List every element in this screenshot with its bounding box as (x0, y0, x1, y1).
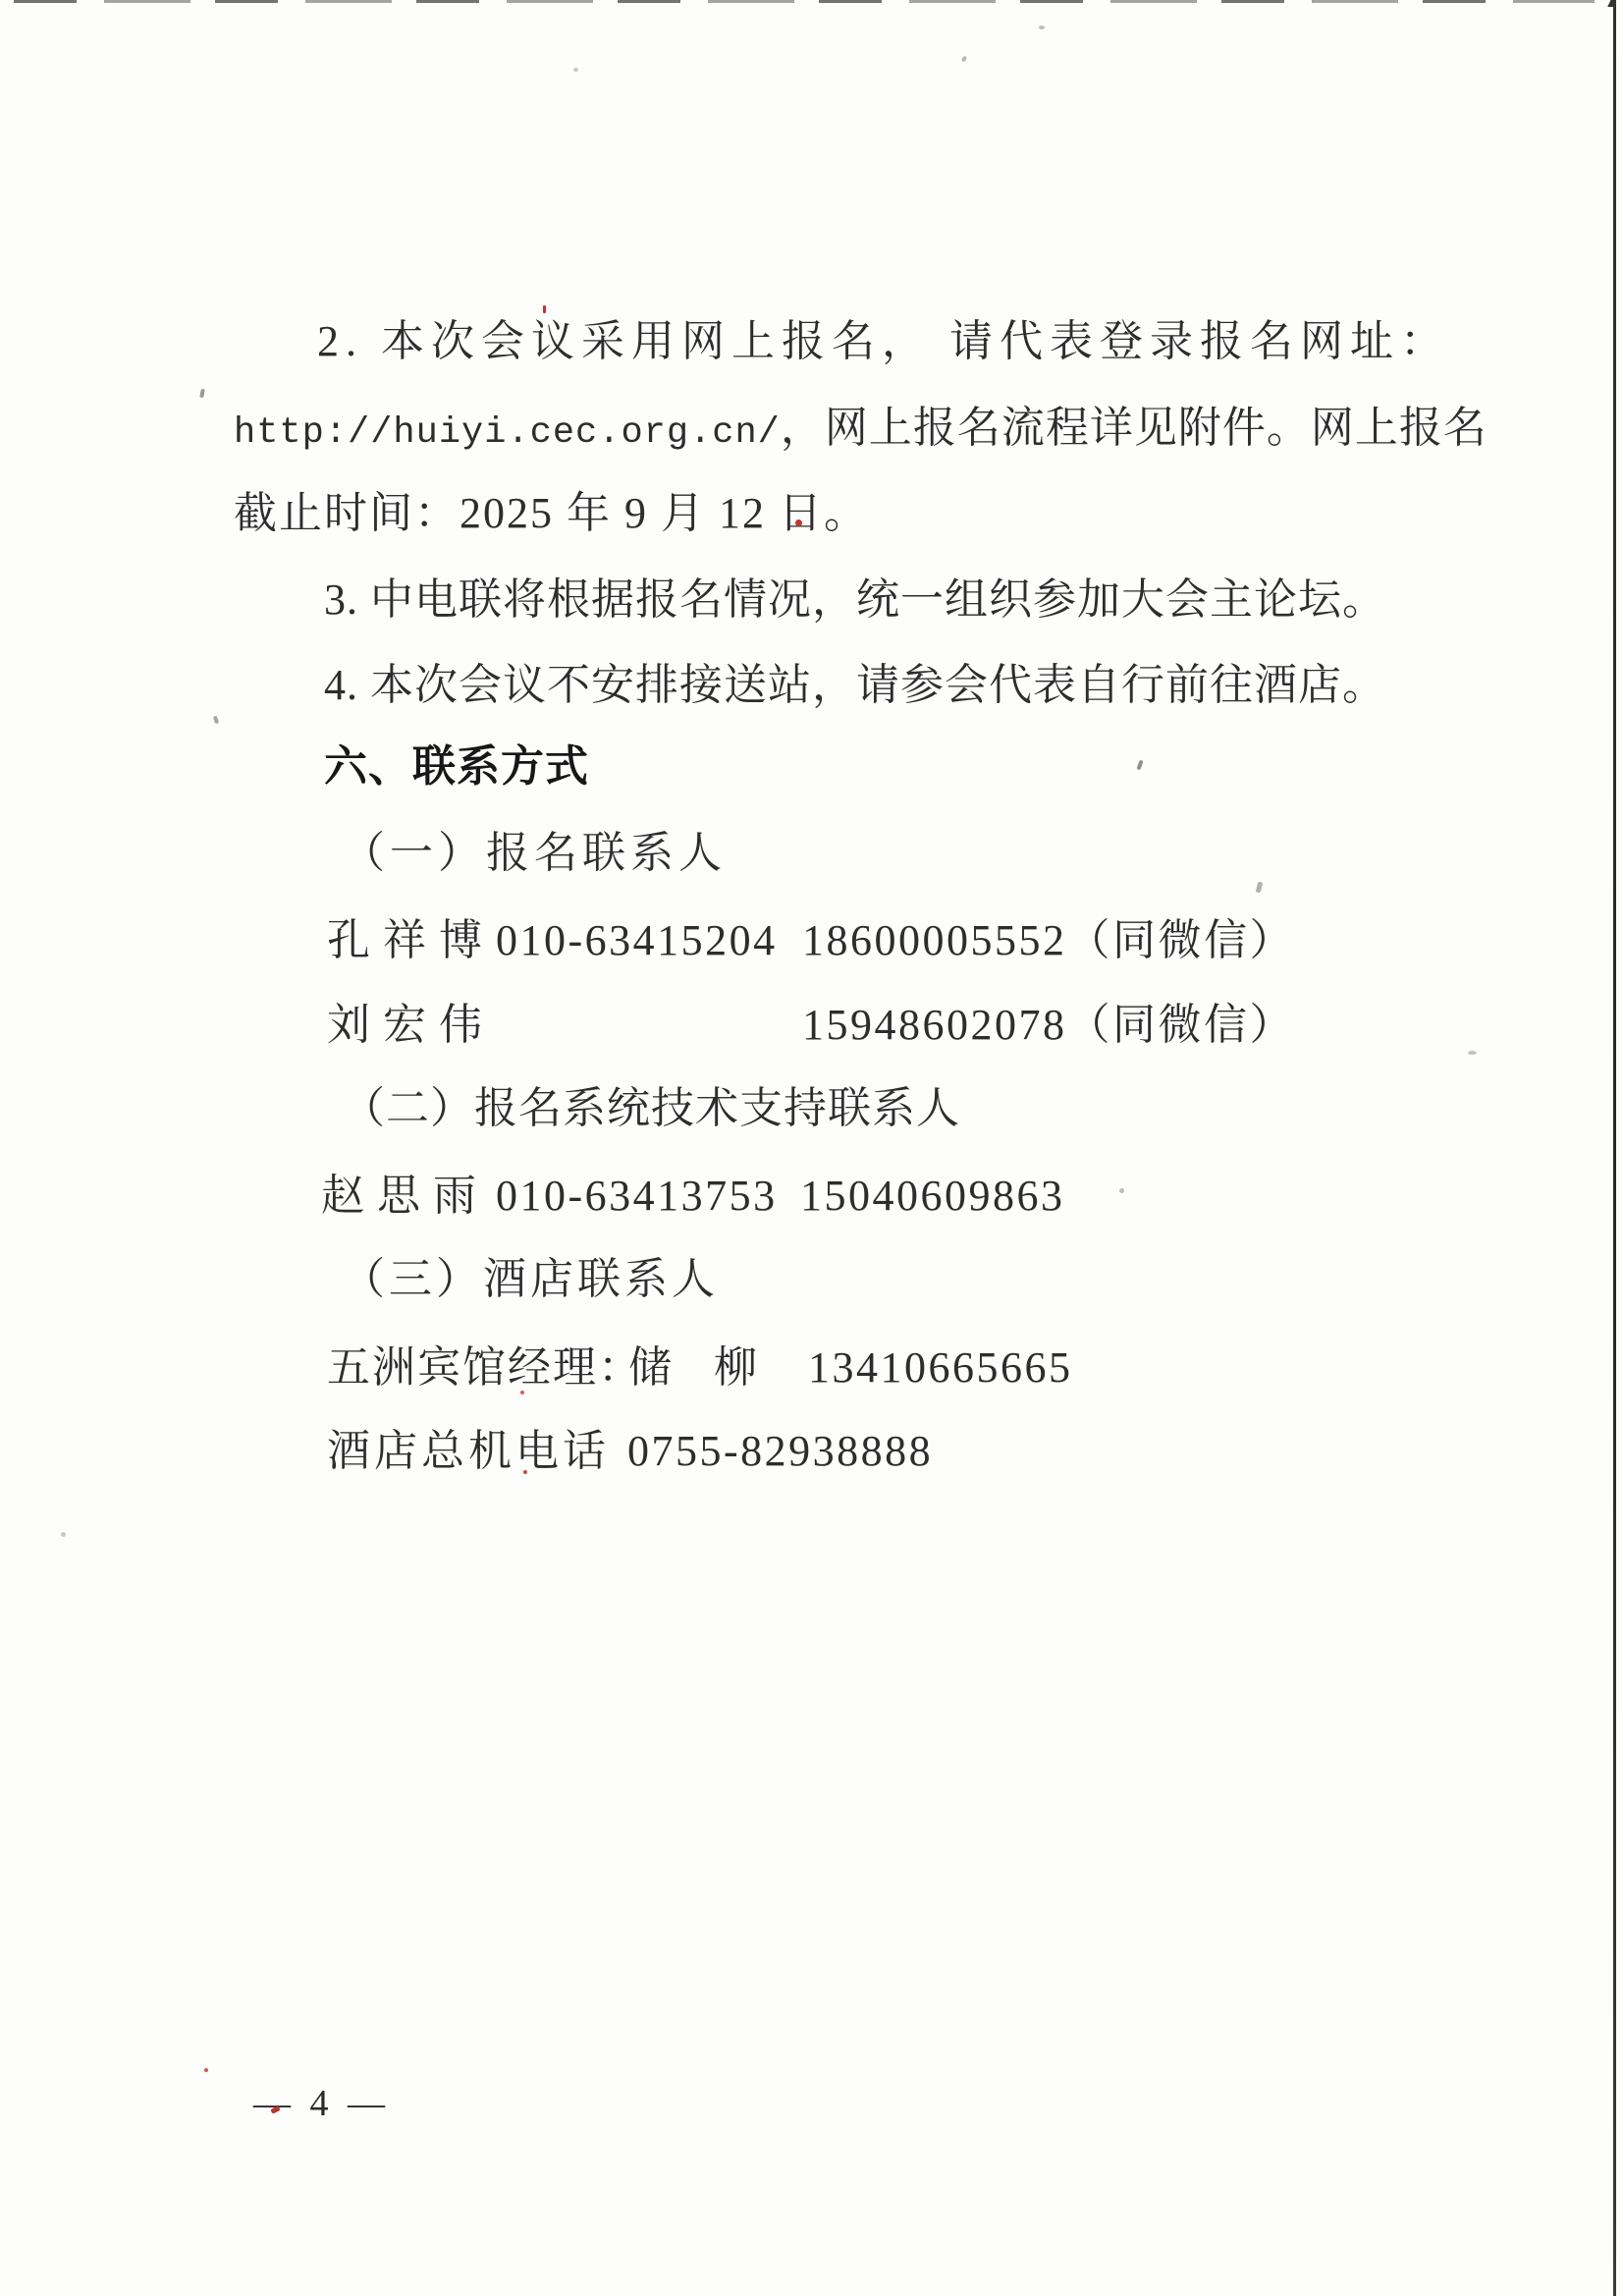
section-heading-text: 六、联系方式 (324, 741, 589, 793)
hotel-manager-label: 五洲宾馆经理： (327, 1342, 643, 1394)
contact-1-mobile: 18600005552（同微信） (802, 915, 1295, 966)
red-speck (204, 2068, 208, 2072)
paragraph-2-line-2-text: ，网上报名流程详见附件。网上报名 (781, 404, 1488, 452)
gray-speck (1256, 882, 1264, 894)
contact-1-name: 孔祥博 (327, 915, 495, 966)
scan-top-edge (14, 0, 1595, 3)
hotel-switchboard-label: 酒店总机电话 (327, 1426, 610, 1477)
scan-right-edge (1613, 5, 1616, 2296)
contact-1-telephone: 010-63415204 (496, 915, 778, 966)
registration-url-line: http://huiyi.cec.org.cn/，网上报名流程详见附件。网上报名 (234, 403, 1488, 459)
hotel-manager-name-char-2: 柳 (714, 1342, 757, 1394)
gray-speck (213, 716, 219, 725)
gray-speck (1468, 1051, 1477, 1055)
gray-speck (961, 55, 967, 62)
subsection-1-title-text: （一）报名联系人 (342, 828, 727, 879)
gray-speck (573, 68, 578, 72)
paragraph-4-text: 4. 本次会议不安排接送站，请参会代表自行前往酒店。 (324, 660, 1386, 711)
paragraph-2-line-1-text: 2. 本次会议采用网上报名， 请代表登录报名网址： (317, 316, 1450, 367)
gray-speck (61, 1532, 66, 1537)
gray-speck (1136, 760, 1143, 771)
gray-speck (199, 389, 205, 399)
contact-3-name: 赵思雨 (321, 1171, 489, 1222)
scanned-document-page: 2. 本次会议采用网上报名， 请代表登录报名网址： http://huiyi.c… (0, 0, 1623, 2296)
subsection-2-title-text: （二）报名系统技术支持联系人 (342, 1083, 960, 1134)
hotel-manager-mobile: 13410665665 (808, 1342, 1073, 1394)
contact-3-telephone: 010-63413753 (496, 1171, 778, 1222)
page-number-text: — 4 — (253, 2078, 390, 2129)
registration-url: http://huiyi.cec.org.cn/ (234, 412, 781, 454)
gray-speck (1039, 26, 1045, 29)
paragraph-3-text: 3. 中电联将根据报名情况，统一组织参加大会主论坛。 (324, 574, 1386, 626)
red-speck (523, 1470, 527, 1474)
contact-3-mobile: 15040609863 (800, 1171, 1065, 1222)
contact-2-name: 刘宏伟 (327, 1000, 495, 1051)
deadline-text: 截止时间：2025 年 9 月 12 日。 (234, 488, 869, 539)
red-speck (520, 1391, 524, 1394)
red-speck (795, 519, 802, 526)
contact-2-mobile: 15948602078（同微信） (802, 1000, 1295, 1051)
hotel-manager-name-char-1: 储 (628, 1342, 672, 1394)
scan-corner-mark (1604, 0, 1616, 7)
subsection-3-title-text: （三）酒店联系人 (342, 1254, 719, 1305)
hotel-switchboard-telephone: 0755-82938888 (627, 1426, 933, 1477)
red-speck (543, 305, 546, 313)
gray-speck (1119, 1188, 1124, 1193)
